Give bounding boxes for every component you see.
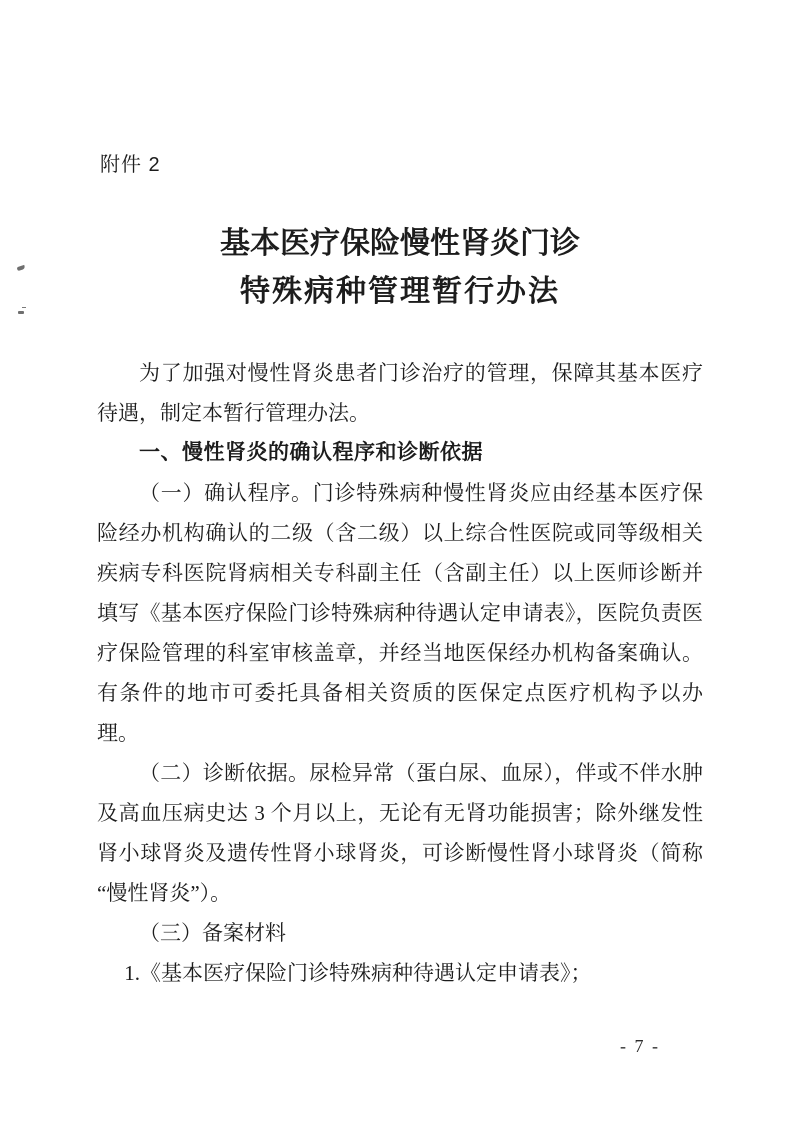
attachment-label: 附件 2 xyxy=(100,148,161,177)
document-page: 附件 2 基本医疗保险慢性肾炎门诊特殊病种管理暂行办法 为了加强对慢性肾炎患者门… xyxy=(0,0,794,1123)
section-heading-line: 一、慢性肾炎的确认程序和诊断依据 xyxy=(97,433,703,473)
body-line: 有条件的地市可委托具备相关资质的医保定点医疗机构予以办 xyxy=(97,673,703,713)
body-line: 待遇，制定本暂行管理办法。 xyxy=(97,393,703,433)
body-line: 疾病专科医院肾病相关专科副主任（含副主任）以上医师诊断并 xyxy=(97,553,703,593)
body-line: 疗保险管理的科室审核盖章，并经当地医保经办机构备案确认。 xyxy=(97,633,703,673)
body-line: 及高血压病史达 3 个月以上，无论有无肾功能损害；除外继发性 xyxy=(97,793,703,833)
body-line: “慢性肾炎”）。 xyxy=(97,873,703,913)
body-line: 为了加强对慢性肾炎患者门诊治疗的管理，保障其基本医疗 xyxy=(97,353,703,393)
page-number: - 7 - xyxy=(620,1036,660,1057)
body-line: 理。 xyxy=(97,713,703,753)
document-title: 基本医疗保险慢性肾炎门诊特殊病种管理暂行办法 xyxy=(97,220,703,316)
title-line: 特殊病种管理暂行办法 xyxy=(97,268,703,316)
body-line: 险经办机构确认的二级（含二级）以上综合性医院或同等级相关 xyxy=(97,513,703,553)
body-line: 填写《基本医疗保险门诊特殊病种待遇认定申请表》，医院负责医 xyxy=(97,593,703,633)
title-line: 基本医疗保险慢性肾炎门诊 xyxy=(97,220,703,268)
scan-speck xyxy=(17,265,26,271)
body-line: （三）备案材料 xyxy=(97,913,703,953)
body-line: （一）确认程序。门诊特殊病种慢性肾炎应由经基本医疗保 xyxy=(97,473,703,513)
document-body: 为了加强对慢性肾炎患者门诊治疗的管理，保障其基本医疗待遇，制定本暂行管理办法。一… xyxy=(97,353,703,993)
body-line: 肾小球肾炎及遗传性肾小球肾炎，可诊断慢性肾小球肾炎（简称 xyxy=(97,833,703,873)
body-line: （二）诊断依据。尿检异常（蛋白尿、血尿），伴或不伴水肿 xyxy=(97,753,703,793)
body-line: 1.《基本医疗保险门诊特殊病种待遇认定申请表》； xyxy=(97,953,703,993)
scan-speck xyxy=(18,311,24,314)
